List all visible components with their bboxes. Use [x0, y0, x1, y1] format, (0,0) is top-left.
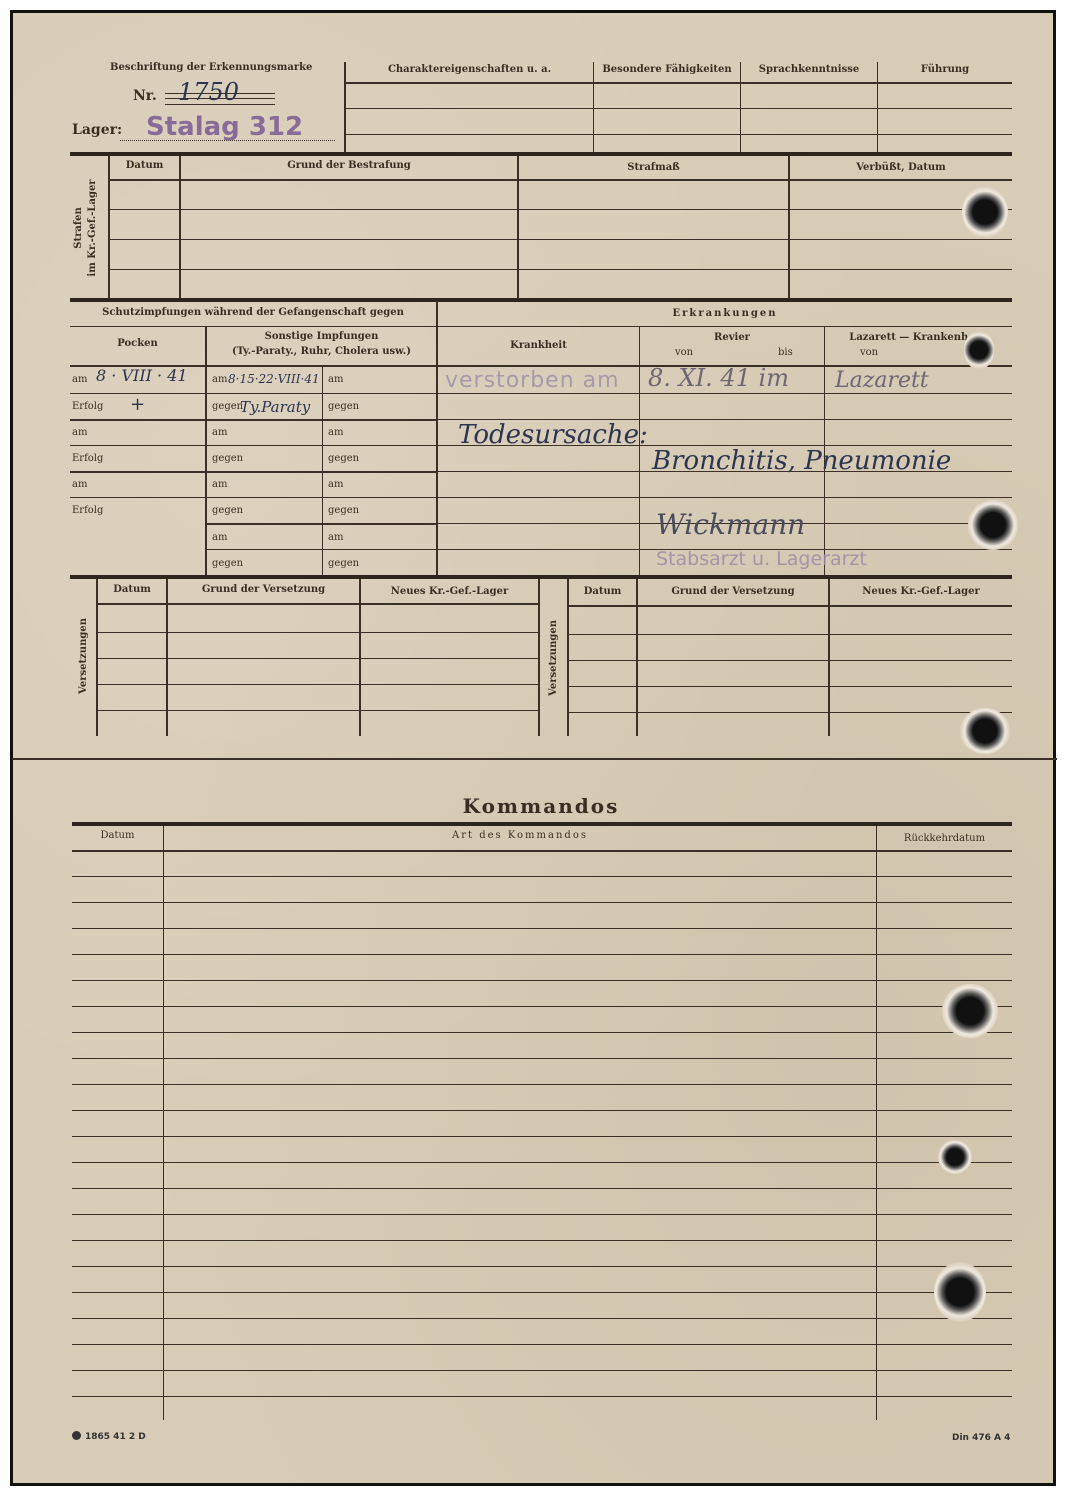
- kommandos-header: Art des Kommandos: [164, 830, 876, 841]
- kommandos-row-line: [72, 1032, 1012, 1033]
- traits-header-line: [344, 82, 1012, 84]
- other-b-label: gegen: [328, 505, 359, 516]
- transfer-header: Datum: [98, 584, 166, 595]
- other-a-label: am: [212, 479, 227, 490]
- other-b-label: am: [328, 532, 343, 543]
- vacc-group-line: [70, 419, 436, 421]
- punish-side-label-1: Strafen: [72, 178, 86, 278]
- lager-label: Lager:: [72, 122, 122, 138]
- transfer-row-line: [96, 710, 538, 711]
- illness-title: Erkrankungen: [438, 308, 1012, 319]
- kommandos-header: Rückkehrdatum: [877, 833, 1012, 844]
- transfer-side-label: Versetzungen: [548, 608, 564, 708]
- died-place: Lazarett: [835, 368, 929, 393]
- punish-row-line: [108, 269, 1012, 270]
- other-a-label: gegen: [212, 401, 243, 412]
- kommandos-row-line: [72, 902, 1012, 903]
- died-stamp: verstorben am: [445, 368, 620, 393]
- vacc-bottom-border: [70, 575, 1012, 579]
- transfer-header: Neues Kr.-Gef.-Lager: [830, 586, 1012, 597]
- kommandos-row-line: [72, 1370, 1012, 1371]
- other-a-label: am: [212, 374, 227, 385]
- din-label: Din 476 A 4: [952, 1433, 1010, 1443]
- cause-label: Todesursache:: [458, 420, 648, 450]
- revier-von: von: [675, 347, 693, 358]
- fold-line: [12, 758, 1057, 760]
- pocken-line: [70, 393, 205, 394]
- other-b-label: am: [328, 374, 343, 385]
- transfer-header-line: [96, 603, 538, 605]
- other-line: [205, 523, 436, 525]
- punch-hole: [938, 1140, 972, 1174]
- punish-row-line: [108, 239, 1012, 240]
- revier-bis: bis: [778, 347, 793, 358]
- kommandos-row-line: [72, 1266, 1012, 1267]
- punch-hole: [934, 1262, 986, 1322]
- kommandos-row-line: [72, 928, 1012, 929]
- punish-side-label-2: im Kr.-Gef.-Lager: [86, 178, 100, 278]
- kommandos-row-line: [72, 1162, 1012, 1163]
- traits-divider: [593, 62, 594, 152]
- transfer-header: Grund der Versetzung: [638, 586, 828, 597]
- other-a-value: Ty.Paraty: [240, 398, 310, 416]
- revier-header: Revier: [640, 332, 824, 343]
- kommandos-title: Kommandos: [70, 794, 1012, 818]
- punish-bottom-border: [70, 298, 1012, 302]
- traits-header: Besondere Fähigkeiten: [594, 64, 740, 75]
- cause-value: Bronchitis, Pneumonie: [652, 446, 951, 476]
- traits-header: Charaktereigenschaften u. a.: [346, 64, 593, 75]
- punish-header: Verbüßt, Datum: [790, 162, 1012, 173]
- kommandos-row-line: [72, 1136, 1012, 1137]
- kommandos-row-line: [72, 1344, 1012, 1345]
- kommandos-row-line: [72, 1110, 1012, 1111]
- transfer-row-line: [567, 686, 1012, 687]
- other-b-label: gegen: [328, 453, 359, 464]
- other-b-label: gegen: [328, 401, 359, 412]
- punish-divider: [517, 156, 519, 298]
- kommandos-row-line: [72, 1214, 1012, 1215]
- transfer-header-line: [567, 605, 1012, 607]
- transfer-header: Grund der Versetzung: [168, 584, 359, 595]
- punish-divider: [179, 156, 181, 298]
- print-code: 1865 41 2 D: [72, 1431, 146, 1442]
- pocken-label: am: [72, 374, 87, 385]
- print-code-text: 1865 41 2 D: [85, 1432, 146, 1442]
- record-card: [10, 10, 1056, 1486]
- died-date: 8. XI. 41 im: [648, 364, 789, 392]
- traits-header: Führung: [878, 64, 1012, 75]
- transfer-header: Datum: [569, 586, 636, 597]
- kommandos-row-line: [72, 1188, 1012, 1189]
- kommandos-row-line: [72, 1396, 1012, 1397]
- other-line: [205, 393, 436, 394]
- kommandos-row-line: [72, 1084, 1012, 1085]
- illness-row-line: [436, 497, 1012, 498]
- kommandos-divider: [163, 826, 164, 1420]
- kommandos-row-line: [72, 1058, 1012, 1059]
- pocken-line: [70, 497, 205, 498]
- pocken-label: Erfolg: [72, 505, 103, 516]
- kommandos-row-line: [72, 980, 1012, 981]
- transfer-header: Neues Kr.-Gef.-Lager: [361, 586, 538, 597]
- other-a-value: 8·15·22·VIII·41: [228, 372, 320, 386]
- traits-row-line: [344, 134, 1012, 135]
- other-a-label: am: [212, 532, 227, 543]
- tag-label: Beschriftung der Erkennungsmarke: [110, 62, 310, 73]
- kommandos-divider: [876, 826, 877, 1420]
- punch-hole: [960, 708, 1010, 754]
- punch-hole: [968, 500, 1018, 550]
- other-vacc-subheader: (Ty.-Paraty., Ruhr, Cholera usw.): [207, 346, 436, 357]
- pocken-header: Pocken: [70, 338, 205, 349]
- doctor-signature: Wickmann: [656, 508, 805, 541]
- traits-divider: [740, 62, 741, 152]
- traits-divider: [877, 62, 878, 152]
- krankheit-header: Krankheit: [438, 340, 639, 351]
- other-line: [205, 497, 436, 498]
- pocken-value: +: [130, 394, 145, 415]
- punish-side-label: Strafen im Kr.-Gef.-Lager: [72, 178, 108, 278]
- pocken-value: 8 · VIII · 41: [96, 366, 188, 385]
- other-vacc-header: Sonstige Impfungen: [207, 331, 436, 342]
- kommandos-row-line: [72, 1240, 1012, 1241]
- kommandos-row-line: [72, 954, 1012, 955]
- transfer-row-line: [96, 632, 538, 633]
- pocken-label: Erfolg: [72, 401, 103, 412]
- other-a-label: gegen: [212, 505, 243, 516]
- kommandos-row-line: [72, 876, 1012, 877]
- other-a-label: gegen: [212, 558, 243, 569]
- punch-hole: [964, 330, 994, 370]
- transfer-row-line: [567, 660, 1012, 661]
- punish-top-border: [70, 152, 1012, 156]
- kommandos-top-border: [72, 822, 1012, 826]
- vacc-title-line: [70, 326, 1012, 327]
- traits-left-border: [344, 62, 346, 152]
- vacc-group-line: [70, 471, 436, 473]
- punish-header: Strafmaß: [519, 162, 788, 173]
- transfer-row-line: [567, 712, 1012, 713]
- pocken-label: am: [72, 427, 87, 438]
- traits-row-line: [344, 108, 1012, 109]
- other-b-label: gegen: [328, 558, 359, 569]
- punch-hole: [962, 186, 1008, 238]
- nr-value: 1750: [178, 78, 239, 106]
- illness-divider: [639, 326, 640, 576]
- lazarett-von: von: [860, 347, 878, 358]
- kommandos-row-line: [72, 1292, 1012, 1293]
- transfer-row-line: [567, 634, 1012, 635]
- other-b-label: am: [328, 427, 343, 438]
- pocken-label: am: [72, 479, 87, 490]
- other-b-label: am: [328, 479, 343, 490]
- other-line: [205, 549, 436, 550]
- other-line: [205, 445, 436, 446]
- punish-divider: [108, 156, 110, 298]
- nr-label: Nr.: [133, 88, 157, 104]
- print-logo-icon: [72, 1431, 81, 1440]
- lager-stamp: Stalag 312: [146, 112, 303, 142]
- punish-row-line: [108, 209, 1012, 210]
- punish-header-line: [108, 179, 1012, 181]
- punish-header: Datum: [110, 160, 179, 171]
- punch-hole: [942, 984, 998, 1038]
- kommandos-row-line: [72, 1318, 1012, 1319]
- traits-header: Sprachkenntnisse: [741, 64, 877, 75]
- kommandos-header: Datum: [72, 830, 163, 841]
- vacc-title: Schutzimpfungen während der Gefangenscha…: [70, 307, 436, 318]
- other-a-label: gegen: [212, 453, 243, 464]
- kommandos-header-line: [72, 850, 1012, 852]
- doctor-stamp: Stabsarzt u. Lagerarzt: [656, 548, 867, 570]
- transfer-row-line: [96, 658, 538, 659]
- punish-divider: [788, 156, 790, 298]
- punish-header: Grund der Bestrafung: [181, 160, 517, 171]
- kommandos-row-line: [72, 1006, 1012, 1007]
- pocken-line: [70, 445, 205, 446]
- other-a-label: am: [212, 427, 227, 438]
- vacc-divider: [205, 326, 207, 576]
- transfer-side-label: Versetzungen: [78, 606, 94, 706]
- pocken-label: Erfolg: [72, 453, 103, 464]
- transfer-row-line: [96, 684, 538, 685]
- illness-row-line: [436, 393, 1012, 394]
- transfer-divider: [538, 579, 540, 736]
